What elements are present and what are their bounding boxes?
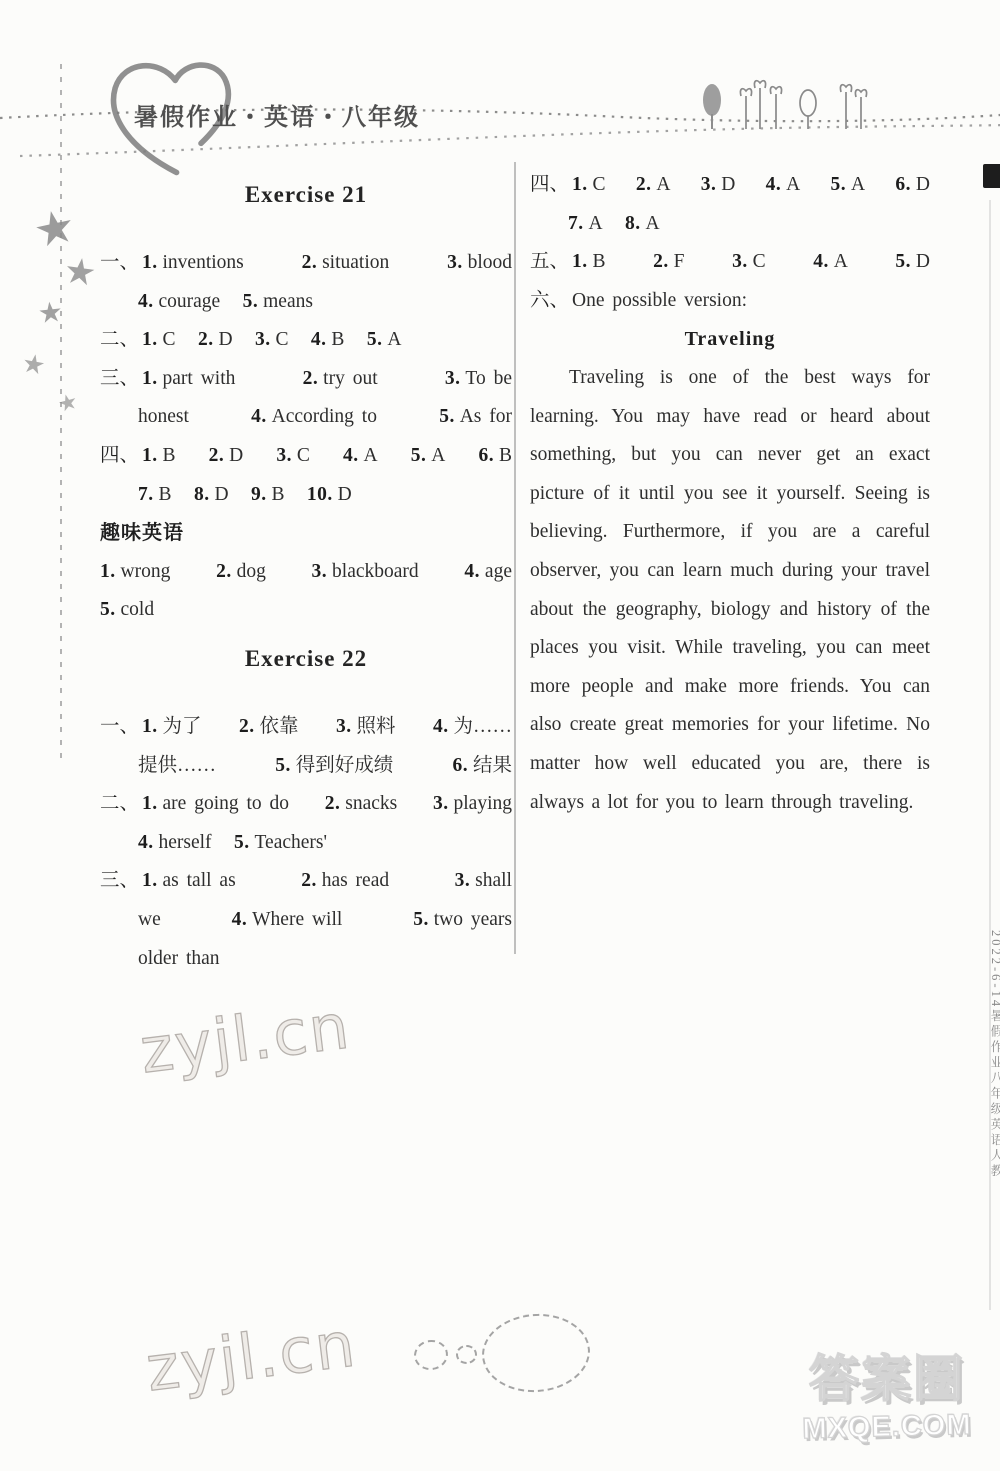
answer-item: honest [138,398,189,437]
dashed-bubble-tiny [456,1345,477,1364]
answer-item: 4. age [464,553,512,592]
answer-item: 4. Where will [232,901,343,940]
tulip-icon [840,85,866,129]
answer-item: 9. B [251,484,285,505]
answer-item: 2. has read [301,862,389,901]
answer-line: 7. A8. A [530,205,930,244]
watermark-zyjl-lower: zyjl.cn [142,1307,360,1405]
answer-item: 2. F [653,243,684,282]
answer-line: 5. cold [100,591,512,630]
answer-item: 4. A [813,243,848,282]
dashed-bubble-large [479,1310,592,1395]
answer-item: 六、One possible version: [530,290,747,311]
star-icon: ★ [55,390,80,416]
answer-item: 四、1. B [100,437,176,476]
right-column: 四、1. C2. A3. D4. A5. A6. D7. A8. A五、1. B… [530,166,930,822]
answer-item: 2. 依靠 [239,708,299,747]
answer-line: 一、1. 为了2. 依靠3. 照料4. 为…… [100,708,512,747]
answer-item: 5. two years [413,901,512,940]
answer-item: 6. 结果 [452,747,512,786]
right-answers: 四、1. C2. A3. D4. A5. A6. D7. A8. A五、1. B… [530,166,930,320]
answer-item: 3. playing [433,785,512,824]
answer-item: 2. A [636,166,671,205]
answer-item: 5. D [895,243,930,282]
answer-item: 3. C [255,329,289,350]
exercise21-title: Exercise 21 [100,180,512,210]
page-title: 暑假作业・英语・八年级 [134,97,420,132]
answer-item: 四、1. C [530,166,606,205]
answer-item: 8. D [194,484,229,505]
answer-item: 二、1. C [100,329,176,350]
answer-line: 一、1. inventions2. situation3. blood [100,244,512,283]
exercise21-answers: 一、1. inventions2. situation3. blood4. co… [100,244,512,514]
site-logo-url: MXQE.COM [778,1408,997,1447]
answer-item: 4. B [311,329,345,350]
star-icon: ★ [62,252,99,292]
answer-item: 3. C [732,243,766,282]
answer-item: 2. D [198,329,233,350]
answer-item: 2. snacks [325,785,398,824]
essay-title: Traveling [530,320,930,359]
answer-item: 2. D [209,437,244,476]
answer-item: 7. B [138,484,172,505]
answer-item: 5. 得到好成绩 [275,747,393,786]
answer-item: 一、1. 为了 [100,708,202,747]
tulip-icon [740,81,781,129]
answer-line: 提供……5. 得到好成绩6. 结果 [100,747,512,786]
answer-item: 3. D [701,166,736,205]
answer-item: 3. C [276,437,310,476]
answer-line: 六、One possible version: [530,282,930,321]
answer-item: 5. A [831,166,866,205]
answer-item: 5. cold [100,599,154,620]
answer-item: 二、1. are going to do [100,785,289,824]
tree-icon [800,90,816,129]
column-divider [514,162,516,954]
answer-line: honest4. According to5. As for [100,398,512,437]
answer-item: 三、1. as tall as [100,862,236,901]
answer-line: 五、1. B2. F3. C4. A5. D [530,243,930,282]
answer-item: 6. D [895,166,930,205]
page-edge-tab [983,164,1000,188]
answer-item: 1. wrong [100,553,170,592]
answer-line: 4. courage5. means [100,283,512,322]
answer-item: 五、1. B [530,243,606,282]
answer-item: 4. 为…… [433,708,512,747]
answer-line: 三、1. as tall as2. has read3. shall [100,862,512,901]
scanned-workbook-page: 暑假作业・英语・八年级 ★ ★ ★ ★ ★ Exercise 21 一、1. i… [0,0,1000,1471]
answer-item: 2. try out [303,360,378,399]
answer-item: 3. blackboard [312,553,419,592]
answer-line: 4. herself5. Teachers' [100,824,512,863]
answer-line: 四、1. B2. D3. C4. A5. A6. B [100,437,512,476]
answer-item: 2. dog [216,553,266,592]
answer-item: 3. blood [447,244,512,283]
answer-item: 3. To be [445,360,512,399]
answer-line: older than [100,940,512,979]
answer-line: 二、1. C2. D3. C4. B5. A [100,321,512,360]
answer-item: 8. A [625,213,660,234]
answer-line: 二、1. are going to do2. snacks3. playing [100,785,512,824]
fun-english-answers: 1. wrong2. dog3. blackboard4. age5. cold [100,553,512,630]
answer-item: we [138,901,161,940]
answer-item: 4. A [766,166,801,205]
answer-item: 5. A [411,437,446,476]
answer-item: 5. A [367,329,402,350]
fun-english-heading: 趣味英语 [100,514,512,553]
exercise22-title: Exercise 22 [100,644,512,674]
answer-item: 6. B [478,437,512,476]
answer-line: 四、1. C2. A3. D4. A5. A6. D [530,166,930,205]
dashed-bubble-small [412,1338,450,1372]
answer-item: 10. D [307,484,352,505]
answer-item: 3. 照料 [336,708,396,747]
site-logo: 答案圈 MXQE.COM [778,1352,996,1444]
answer-item: 4. A [343,437,378,476]
watermark-zyjl-upper: zyjl.cn [136,989,354,1087]
answer-line: 1. wrong2. dog3. blackboard4. age [100,553,512,592]
answer-item: 7. A [568,213,603,234]
star-icon: ★ [37,299,65,329]
answer-line: we4. Where will5. two years [100,901,512,940]
answer-item: 5. As for [439,398,512,437]
answer-line: 7. B8. D9. B10. D [100,476,512,515]
essay-paragraph: Traveling is one of the best ways for le… [530,359,930,822]
left-column: Exercise 21 一、1. inventions2. situation3… [100,180,512,978]
answer-item: 4. courage [138,291,220,312]
answer-item: older than [138,948,220,969]
answer-item: 5. means [243,291,313,312]
edge-vertical-text: 2022-6-14暑假作业八年级英语人教 [987,930,1000,1180]
tree-icon [703,84,721,129]
answer-line: 三、1. part with2. try out3. To be [100,360,512,399]
answer-item: 4. According to [251,398,377,437]
star-icon: ★ [20,350,47,380]
answer-item: 2. situation [302,244,390,283]
exercise22-answers: 一、1. 为了2. 依靠3. 照料4. 为……提供……5. 得到好成绩6. 结果… [100,708,512,978]
answer-item: 5. Teachers' [234,832,327,853]
answer-item: 三、1. part with [100,360,235,399]
answer-item: 4. herself [138,832,212,853]
answer-item: 一、1. inventions [100,244,244,283]
site-logo-cn: 答案圈 [778,1352,996,1407]
answer-item: 3. shall [455,862,512,901]
answer-item: 提供…… [138,747,216,786]
